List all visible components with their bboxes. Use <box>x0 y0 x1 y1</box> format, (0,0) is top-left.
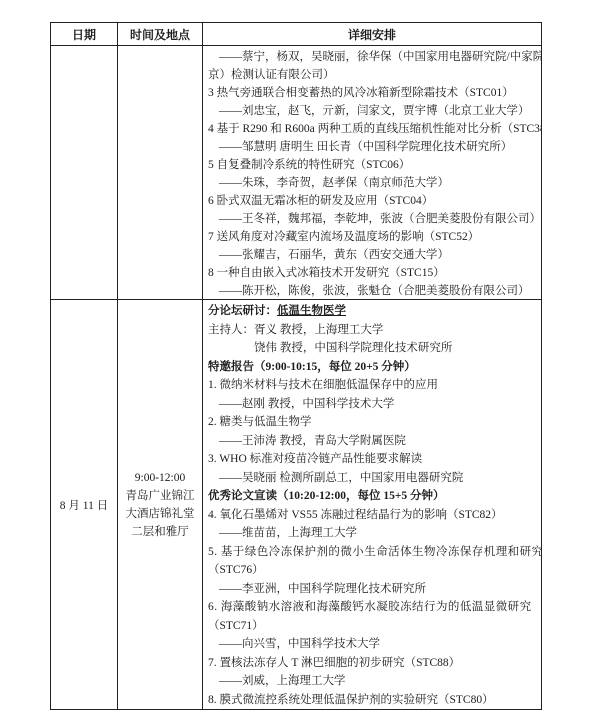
author-line: ——蔡宁，杨双，吴晓丽，徐华保（中国家用电器研究院/中家院（北 <box>208 48 537 66</box>
talk-author: ——吴晓丽 检测所副总工，中国家用电器研究院 <box>208 469 537 488</box>
details-cell-refrigeration: ——蔡宁，杨双，吴晓丽，徐华保（中国家用电器研究院/中家院（北 京）检测认证有限… <box>203 46 541 299</box>
author-line: ——陈开松，陈俊，张波，张魁仓（合肥美菱股份有限公司） <box>208 282 537 299</box>
details-cell-cryobiology: 分论坛研讨：低温生物医学 主持人：胥义 教授，上海理工大学 饶伟 教授，中国科学… <box>203 300 541 709</box>
table-row-cryobiology: 8 月 11 日 9:00-12:00 青岛广业锦江 大酒店锦礼堂 二层和雅厅 … <box>51 300 541 709</box>
paper-item: 4. 氧化石墨烯对 VS55 冻融过程结晶行为的影响（STC82） <box>208 506 537 525</box>
paper-item: 4 基于 R290 和 R600a 两种工质的直线压缩机性能对比分析（STC38… <box>208 120 537 138</box>
talk-item: 3. WHO 标准对疫苗冷链产品性能要求解读 <box>208 450 537 469</box>
author-line: ——朱珠，李奇贺，赵孝保（南京师范大学） <box>208 174 537 192</box>
date-cell: 8 月 11 日 <box>51 300 118 709</box>
paper-item: 8 一种自由嵌入式冰箱技术开发研究（STC15） <box>208 264 537 282</box>
paper-author: ——李亚洲，中国科学院理化技术研究所 <box>208 580 537 599</box>
author-line-wrap: 京）检测认证有限公司） <box>208 66 537 84</box>
talk-author: ——赵刚 教授，中国科学技术大学 <box>208 395 537 414</box>
venue-line: 大酒店锦礼堂 <box>126 505 195 523</box>
venue-line: 二层和雅厅 <box>131 523 189 541</box>
paper-item: 7 送风角度对冷藏室内流场及温度场的影响（STC52） <box>208 228 537 246</box>
talk-author: ——王沛涛 教授，青岛大学附属医院 <box>208 432 537 451</box>
conference-schedule-table: 日期 时间及地点 详细安排 ——蔡宁，杨双，吴晓丽，徐华保（中国家用电器研究院/… <box>50 22 542 710</box>
date-cell-empty <box>51 46 118 299</box>
paper-item-continuation: （STC76） <box>208 561 537 580</box>
author-line: ——邹慧明 唐明生 田长青（中国科学院理化技术研究所） <box>208 138 537 156</box>
time-range: 9:00-12:00 <box>135 469 185 487</box>
paper-item: 6 卧式双温无霜冰柜的研发及应用（STC04） <box>208 192 537 210</box>
talk-item: 1. 微纳米材料与技术在细胞低温保存中的应用 <box>208 376 537 395</box>
paper-author: ——向兴雪，中国科学技术大学 <box>208 635 537 654</box>
paper-author: ——维苗苗，上海理工大学 <box>208 524 537 543</box>
header-date: 日期 <box>51 23 118 45</box>
cohost-line: 饶伟 教授，中国科学院理化技术研究所 <box>208 339 537 358</box>
table-row-continuation: ——蔡宁，杨双，吴晓丽，徐华保（中国家用电器研究院/中家院（北 京）检测认证有限… <box>51 46 541 300</box>
host-line: 主持人：胥义 教授，上海理工大学 <box>208 321 537 340</box>
paper-item: 5. 基于绿色冷冻保护剂的微小生命活体生物冷冻保存机理和研究 <box>208 543 537 562</box>
invited-talks-heading: 特邀报告（9:00-10:15，每位 20+5 分钟） <box>208 358 537 377</box>
paper-item-continuation: （STC71） <box>208 617 537 636</box>
header-details: 详细安排 <box>203 23 541 45</box>
subforum-label: 分论坛研讨： <box>208 305 277 317</box>
time-place-cell-empty <box>118 46 203 299</box>
paper-item: 8. 膜式微流控系统处理低温保护剂的实验研究（STC80） <box>208 691 537 710</box>
venue-line: 青岛广业锦江 <box>126 487 195 505</box>
author-line: ——刘忠宝，赵飞，亓新，闫家文，贾宇博（北京工业大学） <box>208 102 537 120</box>
paper-item: 7. 置核法冻存人 T 淋巴细胞的初步研究（STC88） <box>208 654 537 673</box>
header-time-place: 时间及地点 <box>118 23 203 45</box>
paper-item: 3 热气旁通联合相变蓄热的风冷冰箱新型除霜技术（STC01） <box>208 84 537 102</box>
table-header-row: 日期 时间及地点 详细安排 <box>51 23 541 46</box>
author-line: ——王冬祥，魏邦福，李乾坤，张波（合肥美菱股份有限公司） <box>208 210 537 228</box>
author-line: ——张耀吉，石丽华，黄东（西安交通大学） <box>208 246 537 264</box>
papers-heading: 优秀论文宣读（10:20-12:00，每位 15+5 分钟） <box>208 487 537 506</box>
time-place-cell: 9:00-12:00 青岛广业锦江 大酒店锦礼堂 二层和雅厅 <box>118 300 203 709</box>
subforum-heading: 分论坛研讨：低温生物医学 <box>208 302 537 321</box>
subforum-topic: 低温生物医学 <box>277 305 346 317</box>
paper-item: 6. 海藻酸钠水溶液和海藻酸钙水凝胶冻结行为的低温显微研究 <box>208 598 537 617</box>
talk-item: 2. 糖类与低温生物学 <box>208 413 537 432</box>
paper-item: 5 自复叠制冷系统的特性研究（STC06） <box>208 156 537 174</box>
paper-author: ——刘威，上海理工大学 <box>208 672 537 691</box>
